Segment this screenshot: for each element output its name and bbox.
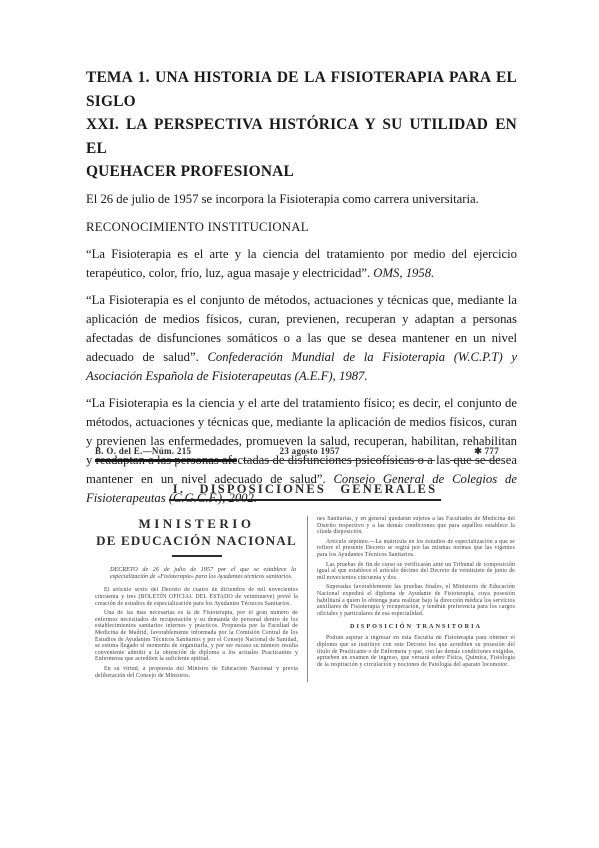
- ministry-heading-line-2: DE EDUCACIÓN NACIONAL: [95, 532, 298, 549]
- left-paragraph-1: El artículo sexto del Decreto de cuatro …: [95, 587, 298, 607]
- left-paragraph-2: Una de las más necesarias es la de Fisio…: [95, 610, 298, 663]
- right-paragraph-1: nes Sanitarias, y en general quedarán su…: [317, 516, 515, 536]
- gazette-right-column: nes Sanitarias, y en general quedarán su…: [307, 516, 515, 682]
- gazette-page-number: ✱ 777: [373, 446, 515, 457]
- page-title-line-3: QUEHACER PROFESIONAL: [86, 160, 517, 184]
- quote-oms-source: OMS, 1958.: [373, 266, 434, 280]
- page-title-line-2: XXI. LA PERSPECTIVA HISTÓRICA Y SU UTILI…: [86, 113, 517, 160]
- left-paragraph-3: En su virtud, a propuesta del Ministro d…: [95, 666, 298, 679]
- page-title: TEMA 1. UNA HISTORIA DE LA FISIOTERAPIA …: [86, 66, 517, 184]
- masthead-rule-left: [95, 459, 237, 462]
- masthead-rules: [95, 458, 515, 463]
- quote-oms-text: “La Fisioterapia es el arte y la ciencia…: [86, 247, 517, 280]
- masthead-rule-right: [450, 460, 500, 461]
- quote-oms: “La Fisioterapia es el arte y la ciencia…: [86, 245, 517, 283]
- gazette-columns: MINISTERIO DE EDUCACIÓN NACIONAL DECRETO…: [95, 516, 515, 682]
- gazette-masthead: B. O. del E.—Núm. 215 23 agosto 1957 ✱ 7…: [95, 446, 515, 458]
- gazette-section-title: I. DISPOSICIONES GENERALES: [169, 482, 442, 501]
- gazette-issue-number: B. O. del E.—Núm. 215: [95, 446, 247, 456]
- ministry-divider-rule: [172, 555, 222, 557]
- decree-title: DECRETO de 26 de julio de 1957 por el qu…: [110, 566, 296, 580]
- gazette-date: 23 agosto 1957: [247, 446, 373, 456]
- boe-gazette-clipping: B. O. del E.—Núm. 215 23 agosto 1957 ✱ 7…: [95, 446, 515, 682]
- right-paragraph-4: Superadas favorablemente las pruebas fin…: [317, 584, 515, 617]
- right-paragraph-3: Las pruebas de fin de curso se verificar…: [317, 562, 515, 582]
- gazette-left-column: MINISTERIO DE EDUCACIÓN NACIONAL DECRETO…: [95, 516, 298, 682]
- ministry-heading-line-1: MINISTERIO: [95, 516, 298, 532]
- page-title-line-1: TEMA 1. UNA HISTORIA DE LA FISIOTERAPIA …: [86, 66, 517, 113]
- quote-wcpt: “La Fisioterapia es el conjunto de métod…: [86, 291, 517, 386]
- intro-line: El 26 de julio de 1957 se incorpora la F…: [86, 190, 517, 209]
- gazette-section-heading: I. DISPOSICIONES GENERALES: [95, 480, 515, 501]
- right-paragraph-2: Artículo séptimo.—La matrícula en los es…: [317, 539, 515, 559]
- right-paragraph-5: Podrán aspirar a ingresar en esta Escuel…: [317, 635, 515, 668]
- transitory-provision-heading: DISPOSICIÓN TRANSITORIA: [317, 623, 515, 630]
- masthead-rule-center: [243, 460, 435, 461]
- section-heading: RECONOCIMIENTO INSTITUCIONAL: [86, 218, 517, 237]
